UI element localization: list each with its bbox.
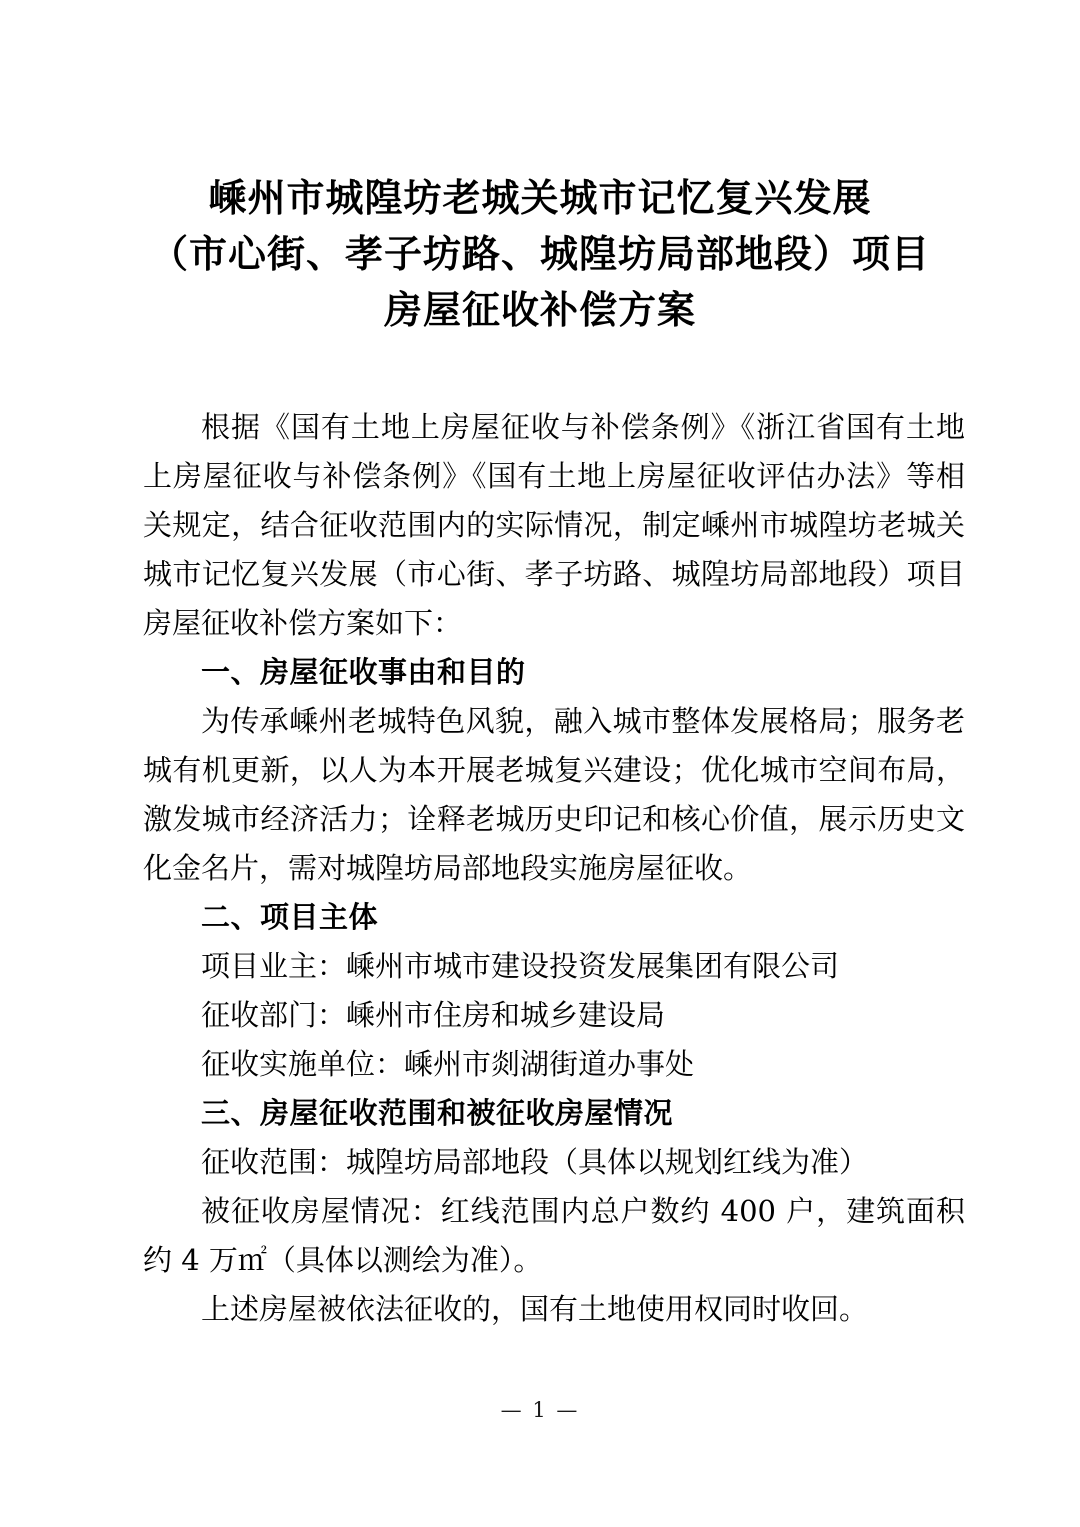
title-line-1: 嵊州市城隍坊老城关城市记忆复兴发展 bbox=[0, 170, 1080, 226]
section-3-paragraph-3: 上述房屋被依法征收的，国有土地使用权同时收回。 bbox=[143, 1285, 965, 1334]
section-2-heading: 二、项目主体 bbox=[143, 893, 965, 942]
section-2-paragraph-1: 项目业主：嵊州市城市建设投资发展集团有限公司 bbox=[143, 942, 965, 991]
section-3-paragraph-2: 被征收房屋情况：红线范围内总户数约 400 户，建筑面积约 4 万㎡（具体以测绘… bbox=[143, 1187, 965, 1285]
document-page: 嵊州市城隍坊老城关城市记忆复兴发展 （市心街、孝子坊路、城隍坊局部地段）项目 房… bbox=[0, 0, 1080, 1527]
page-number: — 1 — bbox=[0, 1398, 1080, 1422]
section-3-heading: 三、房屋征收范围和被征收房屋情况 bbox=[143, 1089, 965, 1138]
document-title: 嵊州市城隍坊老城关城市记忆复兴发展 （市心街、孝子坊路、城隍坊局部地段）项目 房… bbox=[0, 0, 1080, 338]
intro-paragraph: 根据《国有土地上房屋征收与补偿条例》《浙江省国有土地上房屋征收与补偿条例》《国有… bbox=[143, 403, 965, 648]
section-1-heading: 一、房屋征收事由和目的 bbox=[143, 648, 965, 697]
section-3-paragraph-1: 征收范围：城隍坊局部地段（具体以规划红线为准） bbox=[143, 1138, 965, 1187]
title-line-3: 房屋征收补偿方案 bbox=[0, 282, 1080, 338]
title-line-2: （市心街、孝子坊路、城隍坊局部地段）项目 bbox=[0, 226, 1080, 282]
document-body: 根据《国有土地上房屋征收与补偿条例》《浙江省国有土地上房屋征收与补偿条例》《国有… bbox=[143, 403, 965, 1334]
section-2-paragraph-2: 征收部门：嵊州市住房和城乡建设局 bbox=[143, 991, 965, 1040]
section-1-paragraph-1: 为传承嵊州老城特色风貌，融入城市整体发展格局；服务老城有机更新，以人为本开展老城… bbox=[143, 697, 965, 893]
section-2-paragraph-3: 征收实施单位：嵊州市剡湖街道办事处 bbox=[143, 1040, 965, 1089]
